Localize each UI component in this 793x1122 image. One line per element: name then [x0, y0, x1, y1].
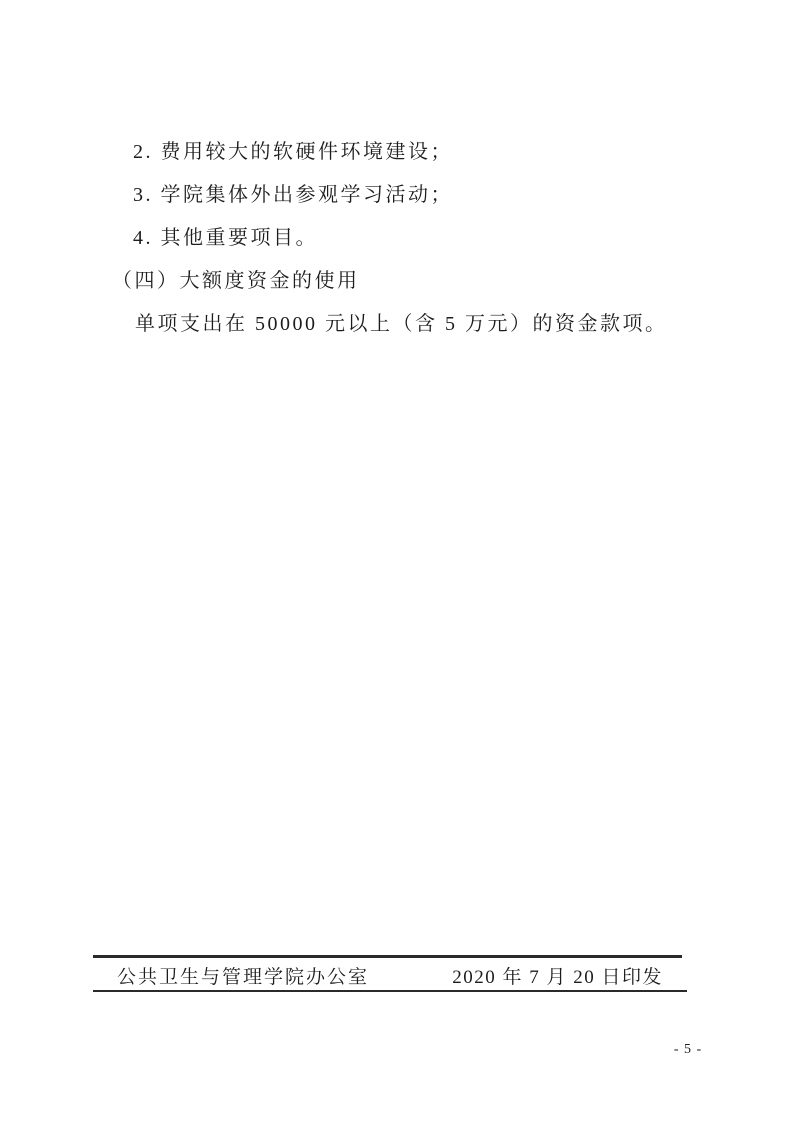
- body-paragraph-item-2: 2. 费用较大的软硬件环境建设；: [0, 131, 793, 174]
- document-page: 2. 费用较大的软硬件环境建设； 3. 学院集体外出参观学习活动； 4. 其他重…: [0, 0, 793, 1122]
- footer-print-date: 2020 年 7 月 20 日印发: [452, 966, 663, 989]
- footer-row: 公共卫生与管理学院办公室 2020 年 7 月 20 日印发: [117, 966, 663, 989]
- footer-rule-top: [93, 955, 682, 958]
- page-number: - 5 -: [660, 1042, 716, 1058]
- footer-rule-bottom: [93, 990, 687, 992]
- body-text-block: 2. 费用较大的软硬件环境建设； 3. 学院集体外出参观学习活动； 4. 其他重…: [0, 131, 793, 346]
- body-paragraph-item-4: 4. 其他重要项目。: [0, 217, 793, 260]
- footer-issuer: 公共卫生与管理学院办公室: [117, 966, 369, 989]
- body-paragraph-section-heading: （四）大额度资金的使用: [0, 260, 793, 303]
- body-paragraph-item-3: 3. 学院集体外出参观学习活动；: [0, 174, 793, 217]
- body-paragraph-amount-sentence: 单项支出在 50000 元以上（含 5 万元）的资金款项。: [0, 303, 793, 346]
